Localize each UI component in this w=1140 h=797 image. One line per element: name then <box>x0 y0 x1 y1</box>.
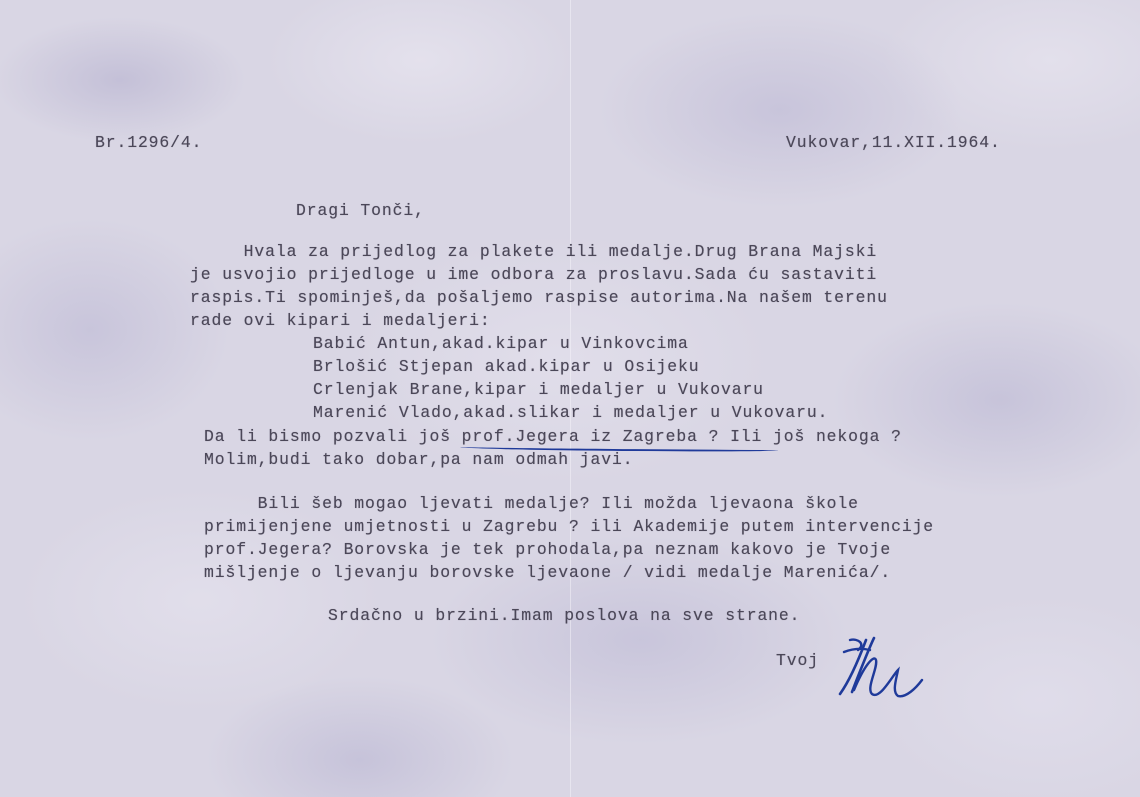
closing-line: Srdačno u brzini.Imam poslova na sve str… <box>328 606 800 626</box>
text-line: je usvojio prijedloge u ime odbora za pr… <box>190 265 877 285</box>
salutation: Dragi Tonči, <box>296 201 425 221</box>
text-line: Da li bismo pozvali još prof.Jegera iz Z… <box>204 427 902 447</box>
text-line: Hvala za prijedlog za plakete ili medalj… <box>190 242 877 262</box>
place-and-date: Vukovar,11.XII.1964. <box>786 133 1001 153</box>
valediction: Tvoj <box>776 651 819 671</box>
signature-icon <box>836 636 936 706</box>
reference-number: Br.1296/4. <box>95 133 202 153</box>
text-line: primijenjene umjetnosti u Zagrebu ? ili … <box>204 517 934 537</box>
list-item: Marenić Vlado,akad.slikar i medaljer u V… <box>313 403 828 423</box>
text-line: Bili šeb mogao ljevati medalje? Ili možd… <box>204 494 859 514</box>
text-line: mišljenje o ljevanju borovske ljevaone /… <box>204 563 891 583</box>
text-line: rade ovi kipari i medaljeri: <box>190 311 491 331</box>
list-item: Crlenjak Brane,kipar i medaljer u Vukova… <box>313 380 764 400</box>
text-line: raspis.Ti spominješ,da pošaljemo raspise… <box>190 288 888 308</box>
text-line: prof.Jegera? Borovska je tek prohodala,p… <box>204 540 891 560</box>
list-item: Babić Antun,akad.kipar u Vinkovcima <box>313 334 689 354</box>
text-line: Molim,budi tako dobar,pa nam odmah javi. <box>204 450 633 470</box>
list-item: Brlošić Stjepan akad.kipar u Osijeku <box>313 357 700 377</box>
